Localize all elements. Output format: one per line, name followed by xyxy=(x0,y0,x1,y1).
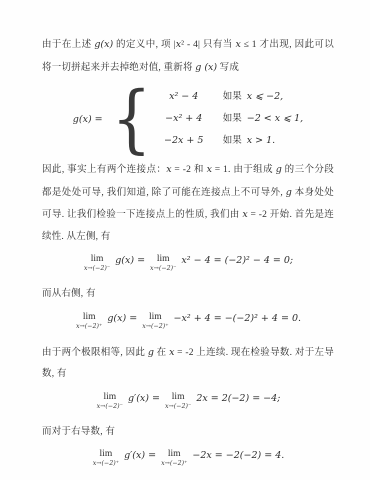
lim-operator: lim x→(−2)⁺ xyxy=(93,450,119,467)
lim-subscript: x→(−2)⁺ xyxy=(76,324,102,330)
formula-middle: g′(x) = xyxy=(128,391,160,404)
piecewise-condition: −2 < x ⩽ 1, xyxy=(247,108,303,130)
paragraph-join-points: 因此, 事实上有两个连接点：x = -2 和 x = 1. 由于组成 g 的三个… xyxy=(42,159,334,248)
lim-word: lim xyxy=(100,450,113,460)
formula-tail: −x² + 4 = −(−2)² + 4 = 0. xyxy=(174,311,301,324)
limit-formula-right-continuity: lim x→(−2)⁺ g(x) = lim x→(−2)⁺ −x² + 4 =… xyxy=(42,311,334,338)
lim-subscript: x→(−2)⁺ xyxy=(142,324,168,330)
math-inline-gx: g(x) xyxy=(94,39,113,50)
lim-word: lim xyxy=(83,313,96,323)
lim-word: lim xyxy=(168,450,181,460)
piecewise-expression: x² − 4 xyxy=(157,86,211,108)
limit-formula-right-derivative: lim x→(−2)⁺ g′(x) = lim x→(−2)⁺ −2x = −2… xyxy=(42,448,334,475)
lim-subscript: x→(−2)⁻ xyxy=(97,404,123,410)
lim-operator: lim x→(−2)⁺ xyxy=(76,313,102,330)
piecewise-definition: g(x) = { x² − 4 如果 x ⩽ −2, −x² + 4 如果 −2… xyxy=(42,86,334,152)
lim-operator: lim x→(−2)⁻ xyxy=(97,393,123,410)
lim-subscript: x→(−2)⁺ xyxy=(93,461,119,467)
formula-middle: g(x) = xyxy=(107,311,137,324)
text-run: 而从右侧, 有 xyxy=(42,289,96,299)
lim-operator: lim x→(−2)⁺ xyxy=(142,313,168,330)
piecewise-row: −x² + 4 如果 −2 < x ⩽ 1, xyxy=(157,108,303,130)
paragraph-from-right: 而从右侧, 有 xyxy=(42,284,334,306)
piecewise-if-label: 如果 xyxy=(223,108,242,130)
piecewise-if-label: 如果 xyxy=(223,86,242,108)
text-run: 而对于右导数, 有 xyxy=(42,427,115,437)
piecewise-row: −2x + 5 如果 x > 1. xyxy=(157,130,303,152)
text-run: 在 xyxy=(154,348,169,358)
paragraph-right-derivative: 而对于右导数, 有 xyxy=(42,422,334,444)
piecewise-condition: x ⩽ −2, xyxy=(247,86,283,108)
text-run: 由于在上述 xyxy=(42,40,94,50)
lim-operator: lim x→(−2)⁻ xyxy=(84,255,110,272)
text-run: 因此, 事实上有两个连接点： xyxy=(42,165,166,175)
document-page: 由于在上述 g(x) 的定义中, 项 |x² - 4| 只有当 x ≤ 1 才出… xyxy=(0,0,370,480)
formula-tail: 2x = 2(−2) = −4; xyxy=(196,391,280,404)
lim-subscript: x→(−2)⁻ xyxy=(165,404,191,410)
piecewise-expression: −x² + 4 xyxy=(157,108,211,130)
paragraph-intro: 由于在上述 g(x) 的定义中, 项 |x² - 4| 只有当 x ≤ 1 才出… xyxy=(42,34,334,79)
piecewise-condition: x > 1. xyxy=(247,130,275,152)
lim-subscript: x→(−2)⁺ xyxy=(161,461,187,467)
limit-formula-left-continuity: lim x→(−2)⁻ g(x) = lim x→(−2)⁻ x² − 4 = … xyxy=(42,253,334,280)
piecewise-expression: −2x + 5 xyxy=(157,130,211,152)
lim-subscript: x→(−2)⁻ xyxy=(84,266,110,272)
piecewise-row: x² − 4 如果 x ⩽ −2, xyxy=(157,86,303,108)
text-run: = -2 和 xyxy=(172,165,207,175)
page-content: 由于在上述 g(x) 的定义中, 项 |x² - 4| 只有当 x ≤ 1 才出… xyxy=(0,0,370,475)
lim-word: lim xyxy=(149,313,162,323)
lim-word: lim xyxy=(103,393,116,403)
piecewise-rows: x² − 4 如果 x ⩽ −2, −x² + 4 如果 −2 < x ⩽ 1,… xyxy=(157,86,303,152)
lim-word: lim xyxy=(91,255,104,265)
lim-operator: lim x→(−2)⁻ xyxy=(165,393,191,410)
text-run: 由于两个极限相等, 因此 xyxy=(42,348,148,358)
text-run: = 1. 由于组成 xyxy=(212,165,276,175)
piecewise-lhs: g(x) = xyxy=(73,114,103,125)
formula-middle: g′(x) = xyxy=(124,448,156,461)
lim-operator: lim x→(−2)⁺ xyxy=(161,450,187,467)
text-run: ² - 4| 只有当 xyxy=(181,40,235,50)
text-run: 写成 xyxy=(217,63,239,73)
math-inline-gx: g (x) xyxy=(195,62,217,73)
lim-operator: lim x→(−2)⁻ xyxy=(150,255,176,272)
text-run: 的定义中, 项 | xyxy=(113,40,176,50)
lim-word: lim xyxy=(172,393,185,403)
lim-subscript: x→(−2)⁻ xyxy=(150,266,176,272)
formula-tail: x² − 4 = (−2)² − 4 = 0; xyxy=(181,253,293,266)
left-brace: { xyxy=(111,87,151,151)
formula-middle: g(x) = xyxy=(115,253,145,266)
piecewise-if-label: 如果 xyxy=(223,130,242,152)
lim-word: lim xyxy=(157,255,170,265)
limit-formula-left-derivative: lim x→(−2)⁻ g′(x) = lim x→(−2)⁻ 2x = 2(−… xyxy=(42,391,334,418)
paragraph-derivative-check: 由于两个极限相等, 因此 g 在 x = -2 上连续. 现在检验导数. 对于左… xyxy=(42,342,334,386)
formula-tail: −2x = −2(−2) = 4. xyxy=(192,448,284,461)
